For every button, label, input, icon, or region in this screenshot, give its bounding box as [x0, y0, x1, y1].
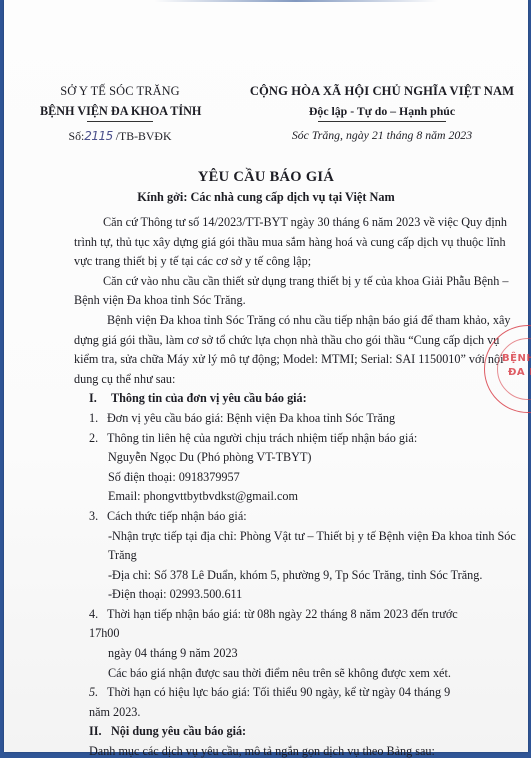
text-line: Căn cứ Thông tư số 14/2023/TT-BYT ngày 3… [74, 213, 470, 233]
receive-phone: -Điện thoại: 02993.500.611 [108, 585, 470, 605]
section-heading-1: I.Thông tin của đơn vị yêu cầu báo giá: [89, 389, 470, 409]
list-item: 1.Đơn vị yêu cầu báo giá: Bệnh viện Đa k… [89, 409, 470, 429]
item-number: 5. [89, 683, 107, 703]
header-left: SỞ Y TẾ SÓC TRĂNG BỆNH VIỆN ĐA KHOA TỈNH… [40, 84, 200, 144]
number-prefix: Số: [69, 129, 85, 143]
document-body: Căn cứ Thông tư số 14/2023/TT-BYT ngày 3… [74, 213, 470, 758]
deadline-note: Các báo giá nhận được sau thời điểm nêu … [108, 664, 470, 684]
document-addressee: Kính gởi: Các nhà cung cấp dịch vụ tại V… [4, 190, 528, 205]
text-line: dung cụ thể như sau: [74, 370, 470, 390]
agency-name: SỞ Y TẾ SÓC TRĂNG [40, 84, 200, 99]
receive-location-cont: Trăng [108, 546, 470, 566]
document-number: Số:2115 /TB-BVĐK [40, 129, 200, 144]
paragraph-request: Bệnh viện Đa khoa tỉnh Sóc Trăng có nhu … [74, 311, 470, 389]
text-line: kiểm tra, sửa chữa Máy xử lý mô tự động;… [74, 350, 470, 370]
contact-phone: Số điện thoại: 0918379957 [108, 468, 470, 488]
list-item: 4.Thời hạn tiếp nhận báo giá: từ 08h ngà… [89, 605, 470, 644]
text-line: trình tự, thủ tục xây dựng giá gói thầu … [74, 233, 470, 253]
section-heading-2: II.Nội dung yêu cầu báo giá: [89, 722, 470, 742]
section-2-intro: Danh mục các dịch vụ yêu cầu, mô tả ngắn… [89, 742, 470, 758]
national-motto: Độc lập - Tự do – Hạnh phúc [234, 104, 530, 119]
list-item: 2.Thông tin liên hệ của người chịu trách… [89, 429, 470, 449]
section-title: Nội dung yêu cầu báo giá: [111, 724, 246, 738]
contact-email: Email: phongvttbytbvdkst@gmail.com [108, 487, 470, 507]
item-number: 1. [89, 409, 107, 429]
country-name: CỘNG HÒA XÃ HỘI CHỦ NGHĨA VIỆT NAM [234, 84, 530, 99]
document-page: SỞ Y TẾ SÓC TRĂNG BỆNH VIỆN ĐA KHOA TỈNH… [4, 0, 528, 752]
item-text: Cách thức tiếp nhận báo giá: [107, 509, 247, 523]
paragraph-legal-basis: Căn cứ Thông tư số 14/2023/TT-BYT ngày 3… [74, 213, 470, 272]
paragraph-need: Căn cứ vào nhu cầu cần thiết sử dụng tra… [74, 272, 470, 311]
number-suffix: /TB-BVĐK [116, 129, 172, 143]
contact-name: Nguyễn Ngọc Du (Phó phòng VT-TBYT) [108, 448, 470, 468]
item-text: Thời hạn có hiệu lực báo giá: Tối thiểu … [89, 685, 450, 719]
item-text: Thông tin liên hệ của người chịu trách n… [107, 431, 417, 445]
item-text: Thời hạn tiếp nhận báo giá: từ 08h ngày … [89, 607, 458, 641]
text-line: dựng giá gói thầu, làm cơ sở tổ chức lựa… [74, 331, 470, 351]
document-title: YÊU CẦU BÁO GIÁ [4, 169, 528, 186]
organization-name: BỆNH VIỆN ĐA KHOA TỈNH [40, 104, 200, 119]
stamp-text-line-1: BỆNH [502, 353, 531, 364]
item-number: 4. [89, 605, 107, 625]
header-right: CỘNG HÒA XÃ HỘI CHỦ NGHĨA VIỆT NAM Độc l… [234, 84, 530, 143]
section-title: Thông tin của đơn vị yêu cầu báo giá: [111, 391, 307, 405]
item-text: Đơn vị yêu cầu báo giá: Bệnh viện Đa kho… [107, 411, 395, 425]
handwritten-number: 2115 [84, 129, 113, 143]
section-number: II. [89, 722, 111, 742]
receive-location: -Nhận trực tiếp tại địa chỉ: Phòng Vật t… [108, 527, 470, 547]
deadline-date: ngày 04 tháng 9 năm 2023 [108, 644, 470, 664]
receive-address: -Địa chỉ: Số 378 Lê Duẩn, khóm 5, phường… [108, 566, 470, 586]
text-line: Căn cứ vào nhu cầu cần thiết sử dụng tra… [74, 272, 470, 292]
place-date: Sóc Trăng, ngày 21 tháng 8 năm 2023 [234, 128, 530, 143]
text-line: Bệnh viện Đa khoa tỉnh Sóc Trăng. [74, 291, 470, 311]
stamp-text-line-2: ĐA K [508, 367, 531, 378]
section-number: I. [89, 389, 111, 409]
item-number: 3. [89, 507, 107, 527]
header-left-underline [87, 121, 153, 122]
item-number: 2. [89, 429, 107, 449]
text-line: vực trang thiết bị y tế tại các cơ sở y … [74, 252, 470, 272]
text-line: Bệnh viện Đa khoa tỉnh Sóc Trăng có nhu … [74, 311, 470, 331]
header-right-underline [318, 121, 446, 122]
list-item: 5.Thời hạn có hiệu lực báo giá: Tối thiể… [89, 683, 470, 722]
list-item: 3.Cách thức tiếp nhận báo giá: [89, 507, 470, 527]
